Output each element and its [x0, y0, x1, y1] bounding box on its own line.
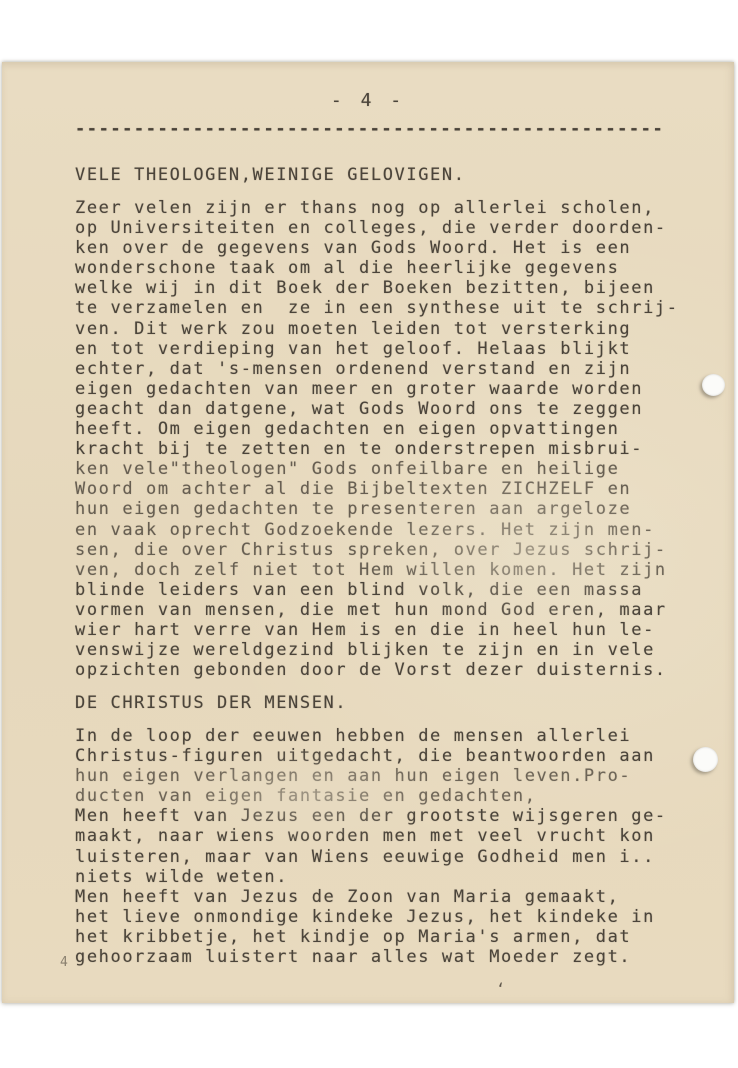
text-line: het lieve onmondige kindeke Jezus, het k…: [75, 907, 667, 927]
text-line: ken vele"theologen" Gods onfeilbare en h…: [75, 459, 679, 479]
text-line: luisteren, maar van Wiens eeuwige Godhei…: [75, 847, 667, 867]
text-line: hun eigen verlangen en aan hun eigen lev…: [75, 766, 667, 786]
text-line: geacht dan datgene, wat Gods Woord ons t…: [75, 399, 679, 419]
text-line: hun eigen gedachten te presenteren aan a…: [75, 499, 679, 519]
text-line: Christus-figuren uitgedacht, die beantwo…: [75, 746, 667, 766]
stray-ink-speck: ‘: [496, 980, 505, 998]
punch-hole-top: [702, 374, 725, 396]
paragraph-de-christus-der-mensen: In de loop der eeuwen hebben de mensen a…: [75, 726, 667, 967]
text-line: sen, die over Christus spreken, over Jez…: [75, 540, 679, 560]
text-line: vormen van mensen, die met hun mond God …: [75, 600, 679, 620]
text-line: maakt, naar wiens woorden men met veel v…: [75, 826, 667, 846]
text-line: ducten van eigen fantasie en gedachten,: [75, 786, 667, 806]
section-heading-vele-theologen: VELE THEOLOGEN,WEINIGE GELOVIGEN.: [75, 165, 466, 185]
text-line: echter, dat 's-mensen ordenend verstand …: [75, 359, 679, 379]
document-page: - 4 - ----------------------------------…: [2, 62, 734, 1003]
text-line: en tot verdieping van het geloof. Helaas…: [75, 339, 679, 359]
text-line: wonderschone taak om al die heerlijke ge…: [75, 258, 679, 278]
text-line: te verzamelen en ze in een synthese uit …: [75, 298, 679, 318]
text-line: Woord om achter al die Bijbeltexten ZICH…: [75, 479, 679, 499]
scanned-page-background: - 4 - ----------------------------------…: [0, 0, 738, 1068]
text-line: welke wij in dit Boek der Boeken bezitte…: [75, 278, 679, 298]
text-line: In de loop der eeuwen hebben de mensen a…: [75, 726, 667, 746]
page-number: - 4 -: [2, 90, 734, 111]
text-line: kracht bij te zetten en te onderstrepen …: [75, 439, 679, 459]
section-heading-de-christus-der-mensen: DE CHRISTUS DER MENSEN.: [75, 693, 347, 713]
text-line: het kribbetje, het kindje op Maria's arm…: [75, 927, 667, 947]
text-line: gehoorzaam luistert naar alles wat Moede…: [75, 947, 667, 967]
text-line: Men heeft van Jezus een der grootste wij…: [75, 806, 667, 826]
text-line: blinde leiders van een blind volk, die e…: [75, 580, 679, 600]
text-line: ven. Dit werk zou moeten leiden tot vers…: [75, 319, 679, 339]
text-line: venswijze wereldgezind blijken te zijn e…: [75, 640, 679, 660]
text-line: opzichten gebonden door de Vorst dezer d…: [75, 660, 679, 680]
text-line: eigen gedachten van meer en groter waard…: [75, 379, 679, 399]
text-line: Zeer velen zijn er thans nog op allerlei…: [75, 198, 679, 218]
text-line: ken over de gegevens van Gods Woord. Het…: [75, 238, 679, 258]
text-line: heeft. Om eigen gedachten en eigen opvat…: [75, 419, 679, 439]
paragraph-vele-theologen: Zeer velen zijn er thans nog op allerlei…: [75, 198, 679, 680]
text-line: ven, doch zelf niet tot Hem willen komen…: [75, 560, 679, 580]
typed-divider-line: ----------------------------------------…: [75, 119, 675, 139]
text-line: wier hart verre van Hem is en die in hee…: [75, 620, 679, 640]
stray-pencil-mark: 4: [60, 955, 68, 970]
text-line: en vaak oprecht Godzoekende lezers. Het …: [75, 520, 679, 540]
punch-hole-bottom: [693, 747, 718, 772]
text-line: niets wilde weten.: [75, 867, 667, 887]
text-line: Men heeft van Jezus de Zoon van Maria ge…: [75, 887, 667, 907]
text-line: op Universiteiten en colleges, die verde…: [75, 218, 679, 238]
